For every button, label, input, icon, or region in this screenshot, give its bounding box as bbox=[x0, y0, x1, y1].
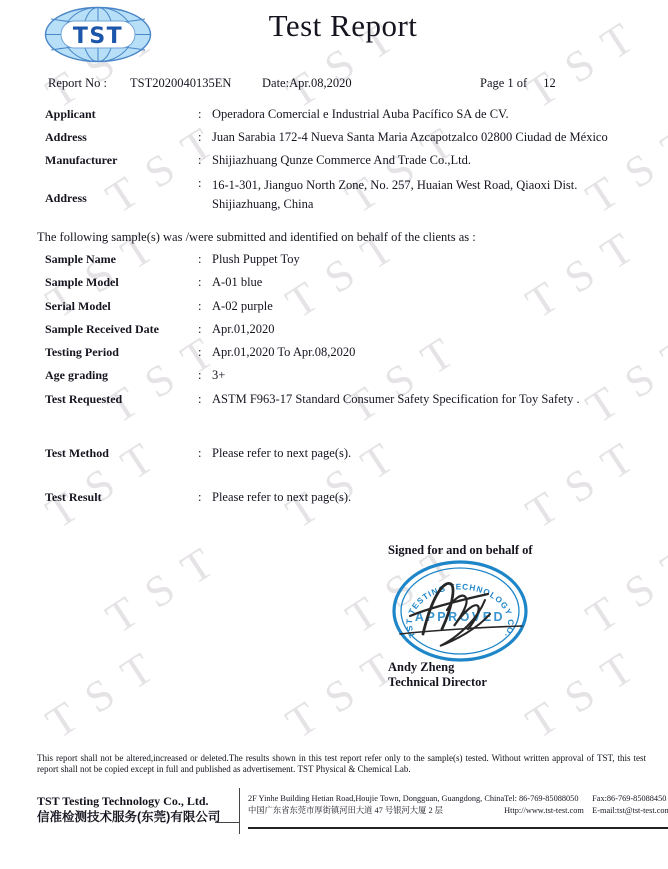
field-value-line2: Shijiazhuang, China bbox=[212, 195, 652, 214]
footer-fax: Fax:86-769-85088450 bbox=[592, 793, 668, 805]
field-value: 3+ bbox=[212, 368, 652, 383]
signed-for-label: Signed for and on behalf of bbox=[388, 543, 533, 558]
field-value: Juan Sarabia 172-4 Nueva Santa Maria Azc… bbox=[212, 130, 652, 145]
field-colon: : bbox=[198, 490, 212, 505]
signer-title: Technical Director bbox=[388, 675, 487, 690]
field-label: Test Method bbox=[45, 446, 198, 461]
party-info-section: Applicant : Operadora Comercial e Indust… bbox=[45, 107, 652, 220]
field-value: ASTM F963-17 Standard Consumer Safety Sp… bbox=[212, 392, 652, 407]
approval-stamp: TST TESTING TECHNOLOGY CO., LTD. APPROVE… bbox=[390, 558, 530, 664]
field-label: Test Result bbox=[45, 490, 198, 505]
footer-dash bbox=[215, 822, 239, 823]
field-value: Please refer to next page(s). bbox=[212, 490, 652, 505]
field-label: Address bbox=[45, 130, 198, 145]
field-value-line1: 16-1-301, Jianguo North Zone, No. 257, H… bbox=[212, 176, 652, 195]
field-label: Manufacturer bbox=[45, 153, 198, 168]
sample-row-received: Sample Received Date : Apr.01,2020 bbox=[45, 322, 652, 345]
field-colon: : bbox=[198, 176, 212, 191]
sample-row-age: Age grading : 3+ bbox=[45, 368, 652, 391]
test-result-row: Test Result : Please refer to next page(… bbox=[45, 490, 652, 513]
info-row-address: Address : Juan Sarabia 172-4 Nueva Santa… bbox=[45, 130, 652, 153]
footer-divider bbox=[239, 788, 240, 834]
field-colon: : bbox=[198, 299, 212, 314]
field-value: Shijiazhuang Qunze Commerce And Trade Co… bbox=[212, 153, 652, 168]
sample-row-serial: Serial Model : A-02 purple bbox=[45, 299, 652, 322]
intro-text: The following sample(s) was /were submit… bbox=[37, 230, 476, 245]
field-value: Apr.01,2020 To Apr.08,2020 bbox=[212, 345, 652, 360]
field-colon: : bbox=[198, 368, 212, 383]
company-name-en: TST Testing Technology Co., Ltd. bbox=[37, 794, 237, 809]
field-label: Test Requested bbox=[45, 392, 198, 407]
report-page: TSTTSTTSTTSTTSTTSTTSTTSTTSTTSTTSTTSTTSTT… bbox=[0, 0, 668, 869]
field-colon: : bbox=[198, 275, 212, 290]
sample-row-period: Testing Period : Apr.01,2020 To Apr.08,2… bbox=[45, 345, 652, 368]
signer-name: Andy Zheng bbox=[388, 660, 487, 675]
tst-watermark: TST bbox=[517, 632, 658, 748]
footer-web: Http://www.tst-test.com bbox=[504, 805, 592, 817]
page-indicator: Page 1 of12 bbox=[480, 76, 556, 91]
field-colon: : bbox=[198, 392, 212, 407]
sample-info-section: Sample Name : Plush Puppet Toy Sample Mo… bbox=[45, 252, 652, 415]
field-value: Apr.01,2020 bbox=[212, 322, 652, 337]
footer-contact-block: 2F Yinhe Building Hetian Road,Houjie Tow… bbox=[248, 788, 668, 829]
tst-watermark: TST bbox=[97, 527, 238, 643]
footer-tel: Tel: 86-769-85088050 bbox=[504, 793, 592, 805]
test-method-row: Test Method : Please refer to next page(… bbox=[45, 446, 652, 469]
field-label: Sample Name bbox=[45, 252, 198, 267]
field-value: A-02 purple bbox=[212, 299, 652, 314]
report-date: Date:Apr.08,2020 bbox=[262, 76, 352, 91]
disclaimer-text: This report shall not be altered,increas… bbox=[37, 753, 646, 775]
field-label: Sample Received Date bbox=[45, 322, 198, 337]
field-colon: : bbox=[198, 153, 212, 168]
report-no-label: Report No : bbox=[48, 76, 107, 91]
page-title: Test Report bbox=[9, 8, 668, 44]
footer-address-cn: 中国广东省东莞市厚街镇河田大道 47 号银河大厦 2 层 bbox=[248, 805, 504, 817]
field-value: 16-1-301, Jianguo North Zone, No. 257, H… bbox=[212, 176, 652, 214]
sample-row-name: Sample Name : Plush Puppet Toy bbox=[45, 252, 652, 275]
footer-row-1: 2F Yinhe Building Hetian Road,Houjie Tow… bbox=[248, 793, 668, 805]
field-value: A-01 blue bbox=[212, 275, 652, 290]
field-label: Testing Period bbox=[45, 345, 198, 360]
info-row-applicant: Applicant : Operadora Comercial e Indust… bbox=[45, 107, 652, 130]
field-label: Sample Model bbox=[45, 275, 198, 290]
field-label: Address bbox=[45, 191, 198, 206]
tst-watermark: TST bbox=[37, 422, 178, 538]
footer-email: E-mail:tst@tst-test.com bbox=[592, 805, 668, 817]
footer-company-block: TST Testing Technology Co., Ltd. 信准检测技术服… bbox=[37, 788, 237, 834]
tst-watermark: TST bbox=[577, 527, 668, 643]
field-value: Plush Puppet Toy bbox=[212, 252, 652, 267]
tst-watermark: TST bbox=[37, 632, 178, 748]
sample-row-requested: Test Requested : ASTM F963-17 Standard C… bbox=[45, 392, 652, 415]
field-label: Age grading bbox=[45, 368, 198, 383]
signer-block: Andy Zheng Technical Director bbox=[388, 660, 487, 690]
page-total: 12 bbox=[543, 76, 556, 90]
field-value: Operadora Comercial e Industrial Auba Pa… bbox=[212, 107, 652, 122]
page-label: Page 1 of bbox=[480, 76, 527, 90]
field-colon: : bbox=[198, 446, 212, 461]
footer: TST Testing Technology Co., Ltd. 信准检测技术服… bbox=[37, 788, 660, 834]
field-label: Applicant bbox=[45, 107, 198, 122]
sample-row-model: Sample Model : A-01 blue bbox=[45, 275, 652, 298]
field-colon: : bbox=[198, 130, 212, 145]
field-colon: : bbox=[198, 107, 212, 122]
footer-address-en: 2F Yinhe Building Hetian Road,Houjie Tow… bbox=[248, 793, 504, 805]
field-value: Please refer to next page(s). bbox=[212, 446, 652, 461]
field-label: Serial Model bbox=[45, 299, 198, 314]
tst-watermark: TST bbox=[277, 422, 418, 538]
field-colon: : bbox=[198, 345, 212, 360]
footer-row-2: 中国广东省东莞市厚街镇河田大道 47 号银河大厦 2 层 Http://www.… bbox=[248, 805, 668, 817]
report-no-value: TST2020040135EN bbox=[130, 76, 231, 91]
field-colon: : bbox=[198, 322, 212, 337]
info-row-address-2: Address : 16-1-301, Jianguo North Zone, … bbox=[45, 176, 652, 220]
field-colon: : bbox=[198, 252, 212, 267]
tst-watermark: TST bbox=[517, 422, 658, 538]
company-name-cn: 信准检测技术服务(东莞)有限公司 bbox=[37, 809, 237, 825]
info-row-manufacturer: Manufacturer : Shijiazhuang Qunze Commer… bbox=[45, 153, 652, 176]
